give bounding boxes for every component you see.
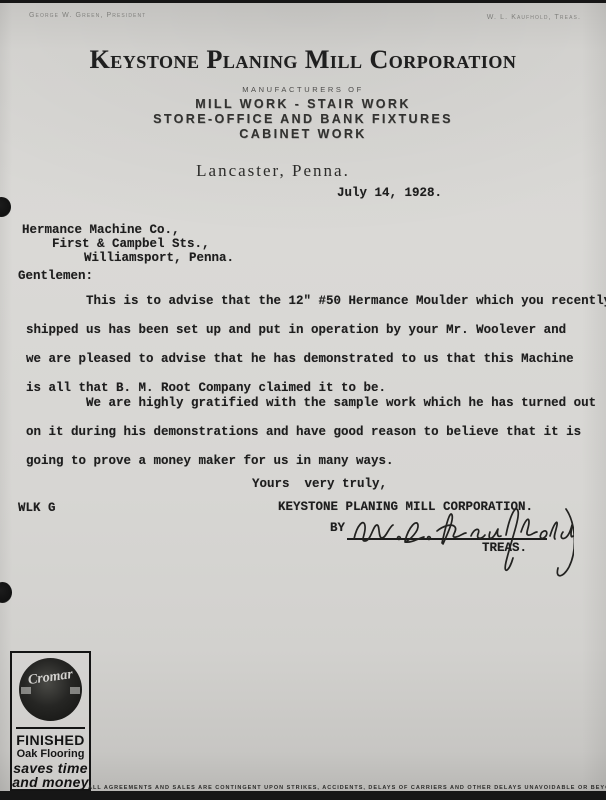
closing: Yours very truly, bbox=[252, 477, 387, 491]
para1-line-1: This is to advise that the 12" #50 Herma… bbox=[86, 294, 606, 308]
recipient-line-2: First & Campbel Sts., bbox=[52, 237, 210, 251]
punch-hole-bottom bbox=[0, 582, 12, 603]
cromar-flooring-stamp: Cromar FINISHED Oak Flooring saves time … bbox=[10, 651, 91, 791]
letter-paper: George W. Green, President W. L. Kaufhol… bbox=[0, 3, 606, 791]
para2-line-1: We are highly gratified with the sample … bbox=[86, 396, 596, 410]
typist-initials: WLK G bbox=[18, 501, 56, 515]
stamp-divider bbox=[16, 727, 85, 729]
para1-line-3: we are pleased to advise that he has dem… bbox=[26, 352, 574, 366]
scanned-letter-photo: George W. Green, President W. L. Kaufhol… bbox=[0, 0, 606, 800]
signature-script bbox=[342, 495, 574, 591]
punch-hole-top bbox=[0, 197, 11, 217]
product-line-cabinet: CABINET WORK bbox=[0, 127, 606, 141]
product-line-fixtures: STORE-OFFICE AND BANK FIXTURES bbox=[0, 112, 606, 126]
salutation: Gentlemen: bbox=[18, 269, 93, 283]
recipient-line-1: Hermance Machine Co., bbox=[22, 223, 180, 237]
para1-line-2: shipped us has been set up and put in op… bbox=[26, 323, 566, 337]
logo-glint-right bbox=[70, 687, 80, 694]
footer-disclaimer: ALL AGREEMENTS AND SALES ARE CONTINGENT … bbox=[88, 785, 606, 791]
company-name: Keystone Planing Mill Corporation bbox=[0, 45, 606, 75]
officer-president: George W. Green, President bbox=[29, 12, 146, 19]
officer-treasurer: W. L. Kaufhold, Treas. bbox=[487, 14, 581, 21]
product-line-millwork: MILL WORK - STAIR WORK bbox=[0, 97, 606, 111]
cromar-logo-circle: Cromar bbox=[19, 658, 82, 721]
stamp-finished-label: FINISHED bbox=[12, 732, 89, 748]
letterhead-city: Lancaster, Penna. bbox=[0, 161, 576, 181]
para2-line-2: on it during his demonstrations and have… bbox=[26, 425, 581, 439]
para1-line-4: is all that B. M. Root Company claimed i… bbox=[26, 381, 386, 395]
stamp-oak-flooring-label: Oak Flooring bbox=[12, 748, 89, 760]
para2-line-3: going to prove a money maker for us in m… bbox=[26, 454, 394, 468]
manufacturers-of-label: MANUFACTURERS OF bbox=[0, 85, 606, 94]
recipient-line-3: Williamsport, Penna. bbox=[84, 251, 234, 265]
stamp-and-money-label: and money bbox=[12, 774, 89, 790]
letter-date: July 14, 1928. bbox=[337, 186, 442, 200]
